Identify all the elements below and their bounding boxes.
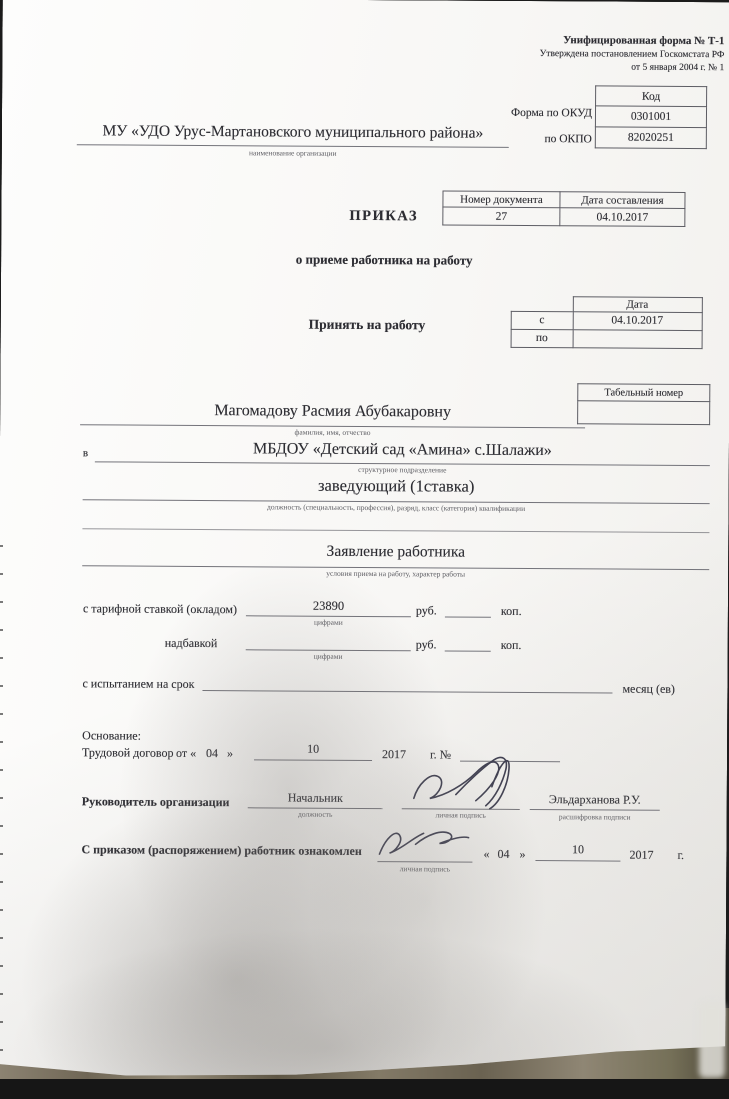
hire-from-label: с	[511, 311, 573, 329]
basis-year: 2017	[382, 748, 406, 762]
personnel-number-table: Табельный номер	[577, 383, 710, 425]
paper-sheet: Унифицированная форма № Т-1 Утверждена п…	[0, 0, 729, 1099]
hire-label: Принять на работу	[309, 317, 426, 333]
hire-date-header: Дата	[573, 297, 702, 312]
glare-spot	[699, 1002, 725, 1078]
head-signature-caption: личная подпись	[402, 811, 520, 819]
head-position-value: Начальник	[248, 791, 383, 809]
allowance-value	[246, 632, 411, 651]
personnel-number-header: Табельный номер	[578, 384, 710, 402]
basis-close-quote: »	[227, 747, 233, 761]
ack-year: 2017	[629, 849, 653, 863]
approval-note: Утверждена постановлением Госкомстата РФ	[432, 48, 724, 61]
doc-date-value: 04.10.2017	[560, 208, 685, 227]
head-label: Руководитель организации	[82, 795, 230, 810]
document-photo: Унифицированная форма № Т-1 Утверждена п…	[0, 0, 729, 1099]
allowance-kop-label: коп.	[501, 639, 522, 653]
doc-date-label: Дата составления	[560, 192, 685, 209]
ack-g: г.	[677, 849, 684, 863]
okud-label: Форма по ОКУД	[452, 107, 592, 121]
director-signature	[406, 748, 521, 811]
head-name-value: Эльдарханова Р.У.	[530, 793, 660, 811]
salary-rub-label: руб.	[416, 604, 437, 618]
personnel-number-value	[578, 401, 710, 425]
hire-to-value	[573, 329, 702, 348]
hire-date-table: Дата с 04.10.2017 по	[511, 296, 703, 349]
doc-number-label: Номер документа	[443, 191, 560, 208]
basis-day: 04	[206, 747, 218, 761]
order-title: ПРИКАЗ	[349, 208, 418, 225]
salary-digits-caption: цифрами	[246, 618, 411, 627]
employee-name-caption: фамилия, имя, отчество	[80, 427, 585, 438]
employee-name: Магомадову Расмия Абубакаровну	[80, 401, 585, 428]
order-subtitle: о приеме работника на работу	[234, 252, 534, 269]
ack-month: 10	[535, 843, 620, 862]
basis-from-label: от «	[176, 747, 196, 761]
conditions-title: Заявление работника	[82, 541, 709, 570]
in-label: в	[83, 447, 88, 460]
position-name: заведующий (1ставка)	[83, 475, 710, 504]
probation-label: с испытанием на срок	[82, 677, 194, 691]
salary-value: 23890	[246, 598, 411, 617]
salary-kop-line	[445, 600, 491, 617]
basis-contract-label: Трудовой договор	[82, 746, 173, 760]
ack-label: С приказом (распоряжением) работник озна…	[81, 843, 361, 859]
code-table: Код 0301001 82020251	[595, 85, 707, 149]
organization-name: МУ «УДО Урус-Мартановского муниципальног…	[77, 122, 509, 148]
basis-month: 10	[254, 742, 372, 761]
allowance-kop-line	[445, 634, 491, 651]
order-doc-table: Номер документа Дата составления 27 04.1…	[442, 190, 685, 226]
allowance-rub-label: руб.	[416, 638, 437, 652]
bottom-black-bar	[0, 1079, 729, 1099]
organization-caption: наименование организации	[77, 148, 509, 158]
okpo-value: 82020251	[595, 127, 706, 149]
ack-signature-caption: личная подпись	[377, 865, 472, 873]
left-edge-marks	[0, 545, 3, 1070]
okud-value: 0301001	[595, 106, 706, 128]
hire-from-value: 04.10.2017	[573, 311, 702, 330]
ack-day: 04	[497, 848, 509, 862]
department-name: МБДОУ «Детский сад «Амина» с.Шалажи»	[95, 439, 710, 466]
basis-label: Основание:	[82, 729, 141, 743]
head-position-caption: должность	[248, 810, 383, 818]
hire-blank-cell	[511, 296, 573, 311]
code-table-header: Код	[596, 86, 707, 107]
separator-line	[82, 518, 709, 533]
probation-value	[202, 674, 612, 694]
probation-months-label: месяц (ев)	[622, 683, 675, 697]
form-variant-note: Унифицированная форма № Т-1	[462, 34, 724, 48]
conditions-caption: условия приема на работу, характер работ…	[82, 568, 709, 579]
head-name-caption: расшифровка подписи	[530, 813, 660, 821]
allowance-label: надбавкой	[165, 637, 218, 651]
hire-to-label: по	[511, 329, 573, 347]
department-caption: структурное подразделение	[95, 464, 710, 475]
doc-number-value: 27	[443, 207, 560, 226]
ack-quote-close: »	[519, 848, 525, 862]
employee-signature	[375, 824, 475, 861]
position-caption: должность (специальность, профессия), ра…	[83, 502, 710, 513]
salary-label: с тарифной ставкой (окладом)	[83, 602, 237, 617]
approval-date-note: от 5 января 2004 г. № 1	[432, 61, 724, 74]
ack-quote-open: «	[483, 848, 489, 862]
allowance-digits-caption: цифрами	[246, 652, 411, 661]
salary-kop-label: коп.	[501, 605, 522, 619]
